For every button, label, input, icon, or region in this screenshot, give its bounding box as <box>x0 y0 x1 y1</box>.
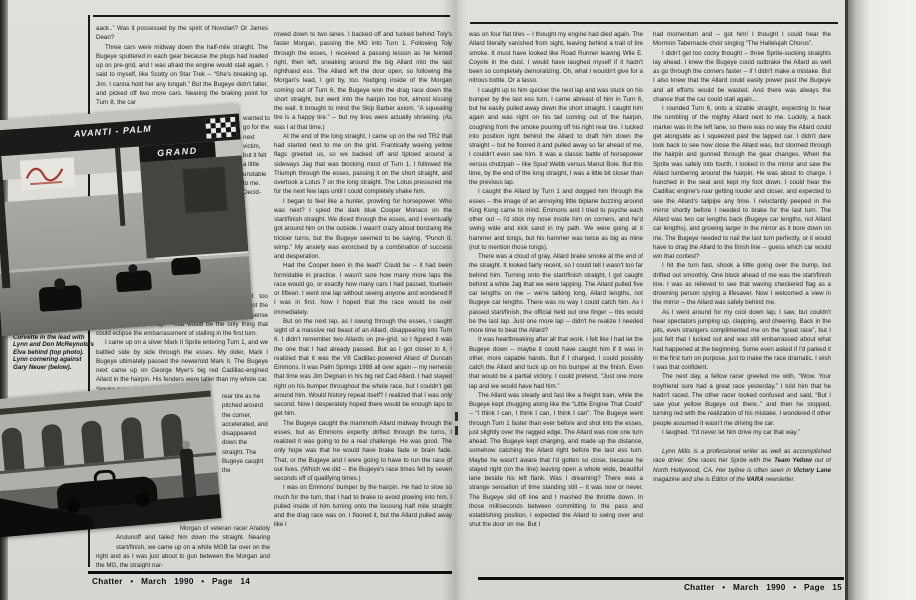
article-paragraph: There was a cloud of gray, Allard brake … <box>469 252 643 335</box>
article-paragraph: At the end of the long straight, I came … <box>274 132 452 197</box>
article-paragraph: I laughed. “I'd never let him drive my c… <box>653 428 831 437</box>
wrap-text-beside-photo2: rear tire as he pitched around the corne… <box>222 392 270 524</box>
article-paragraph: But on the next lap, as I swung through … <box>274 317 452 419</box>
building-arch <box>81 420 105 464</box>
article-paragraph: I was on Emmons' bumper by the hairpin. … <box>274 483 452 529</box>
bio-text: newsletter. <box>764 476 795 483</box>
page14-footer: Chatter • March 1990 • Page 14 <box>92 577 250 586</box>
page15-footer-rule <box>478 577 844 580</box>
article-paragraph: I didn't get too cocky thought -- three … <box>653 49 831 105</box>
page14-column1-bottom: Morgan of veteran racer Anatoly Arutunof… <box>96 524 270 570</box>
building-arch <box>1 427 25 471</box>
article-paragraph: was on four flat tires -- I thought my e… <box>469 30 643 86</box>
article-paragraph: The next day, a fellow racer greeted me … <box>653 372 831 428</box>
page14-column1-top: aack..” Was it possessed by the spirit o… <box>96 24 268 120</box>
article-paragraph: Morgan of veteran racer Anatoly Arutunof… <box>96 524 270 570</box>
binding-mark <box>455 426 458 435</box>
author-bio: Lynn Mills is a professional writer as w… <box>653 447 831 484</box>
page15-column2: had momentum and -- got him! I thought I… <box>653 30 831 570</box>
article-paragraph: had momentum and -- got him! I thought I… <box>653 30 831 49</box>
article-paragraph: I hit the turn fast, shook a little goin… <box>653 261 831 307</box>
article-paragraph: I caught the Allard by Turn 1 and dogged… <box>469 187 643 252</box>
article-paragraph: I began to feel like a hunter, prowling … <box>274 197 452 262</box>
photo-paddock <box>0 381 222 538</box>
bio-bold-vara: VARA <box>747 476 764 483</box>
article-paragraph: I caught up to him quicker the next lap … <box>469 86 643 188</box>
race-car-silhouette <box>171 257 201 276</box>
article-paragraph: The Bugeye caught the mammoth Allard mid… <box>274 419 452 484</box>
scan-right-edge <box>848 0 916 600</box>
building-arch <box>41 424 65 468</box>
bio-bold-victory-lane: Victory Lane <box>793 467 831 474</box>
article-paragraph: rowed down to two lanes. I backed off an… <box>274 30 452 132</box>
checkered-flag-pattern <box>205 117 236 139</box>
photo-race-straight: AVANTI - PALM GRAND <box>0 103 253 336</box>
photo-trees-dark <box>183 167 228 214</box>
bio-bold-team-yellow: Team Yellow <box>774 457 812 464</box>
paragraph-text: Morgan of veteran racer Anatoly Arutunof… <box>96 525 270 569</box>
binding-mark <box>455 412 458 421</box>
article-paragraph: It was heartbreaking after all that work… <box>469 335 643 391</box>
bio-text: magazine and she is Editor of the <box>653 476 747 483</box>
article-paragraph: I rounded Turn 6, onto a sizable straigh… <box>653 104 831 261</box>
page14-footer-rule <box>88 571 452 574</box>
page15-top-rule <box>470 22 838 24</box>
page14-top-rule <box>93 15 450 17</box>
newsletter-spread: aack..” Was it possessed by the spirit o… <box>0 0 916 600</box>
page14-column2: rowed down to two lanes. I backed off an… <box>274 30 452 568</box>
article-paragraph: As I went around for my cool down lap, I… <box>653 308 831 373</box>
page15-column1: was on four flat tires -- I thought my e… <box>469 30 643 570</box>
article-paragraph: The Allard was steady and fast like a fr… <box>469 391 643 530</box>
article-paragraph: aack..” Was it possessed by the spirit o… <box>96 24 268 43</box>
page15-footer: Chatter • March 1990 • Page 15 <box>600 583 842 592</box>
page-seam-shadow <box>442 0 468 600</box>
wrap-text-beside-photo1: wanted to go for the next victim, but it… <box>243 114 270 236</box>
avanti-sign <box>20 157 76 191</box>
building-arch <box>121 417 145 461</box>
article-paragraph: Three cars were midway down the half-mil… <box>96 43 268 108</box>
avanti-signature-icon <box>20 157 76 191</box>
article-paragraph: Had the Cooper been in the lead? Could b… <box>274 261 452 317</box>
race-car-silhouette <box>116 270 152 292</box>
